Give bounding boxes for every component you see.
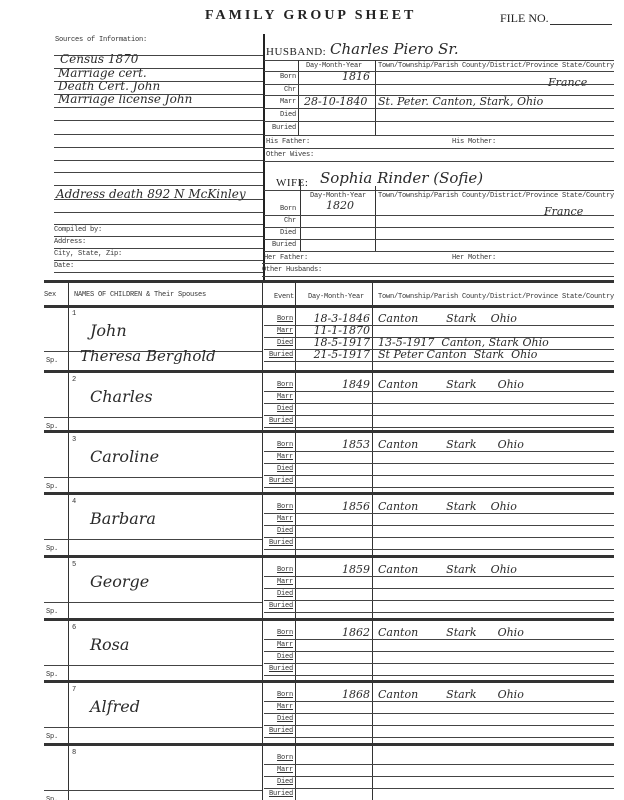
child-number: 7 — [72, 686, 76, 694]
child-event-label: Buried — [264, 727, 293, 735]
wife-born-place: France — [544, 205, 583, 218]
other-wives-label: Other Wives: — [266, 151, 314, 159]
child-event-date: 1862 — [298, 626, 370, 639]
child-event-label: Died — [264, 405, 293, 413]
spouse-label: Sp. — [46, 483, 58, 491]
husband-place-header: Town/Township/Parish County/District/Pro… — [378, 62, 614, 70]
husband-marr-label: Marr — [266, 98, 296, 106]
child-event-label: Marr — [264, 578, 293, 586]
sex-header: Sex — [44, 291, 56, 299]
child-number: 6 — [72, 624, 76, 632]
child-event-label: Died — [264, 465, 293, 473]
child-event-label: Born — [264, 691, 293, 699]
child-event-date: 1868 — [298, 688, 370, 701]
husband-marr-date: 28-10-1840 — [304, 95, 367, 108]
child-event-place: Canton Stark Ohio — [378, 688, 524, 701]
husband-marr-place: St. Peter. Canton, Stark, Ohio — [378, 95, 543, 108]
husband-died-label: Died — [266, 111, 296, 119]
husband-born-date: 1816 — [300, 70, 370, 83]
wife-born-date: 1820 — [326, 199, 354, 212]
compiled-by-label: Compiled by: — [54, 226, 102, 234]
child-event-label: Died — [264, 527, 293, 535]
child-event-date: 21-5-1917 — [298, 348, 370, 361]
child-event-label: Marr — [264, 703, 293, 711]
child-event-label: Born — [264, 315, 293, 323]
wife-label: WIFE: — [276, 177, 308, 189]
child-number: 3 — [72, 436, 76, 444]
husband-born-label: Born — [266, 73, 296, 81]
child-event-date: 1849 — [298, 378, 370, 391]
spouse-label: Sp. — [46, 357, 58, 365]
child-number: 1 — [72, 310, 76, 318]
child-event-label: Died — [264, 339, 293, 347]
file-no-field[interactable] — [550, 24, 612, 25]
child-event-label: Buried — [264, 417, 293, 425]
child-event-label: Buried — [264, 351, 293, 359]
sources-label: Sources of Information: — [55, 36, 147, 44]
child-event-label: Buried — [264, 790, 293, 798]
wife-place-header: Town/Township/Parish County/District/Pro… — [378, 192, 614, 200]
child-event-label: Marr — [264, 766, 293, 774]
child-event-label: Marr — [264, 641, 293, 649]
child-event-label: Marr — [264, 515, 293, 523]
child-event-label: Marr — [264, 327, 293, 335]
wife-chr-label: Chr — [266, 217, 296, 225]
children-date-header: Day-Month-Year — [308, 293, 364, 301]
file-no-label: FILE NO. — [500, 11, 549, 26]
child-event-label: Born — [264, 441, 293, 449]
spouse-label: Sp. — [46, 733, 58, 741]
wife-name: Sophia Rinder (Sofie) — [320, 169, 483, 187]
child-number: 4 — [72, 498, 76, 506]
child-event-date: 1859 — [298, 563, 370, 576]
child-number: 8 — [72, 749, 76, 757]
spouse-label: Sp. — [46, 671, 58, 679]
husband-born-place: France — [548, 76, 587, 89]
husband-chr-label: Chr — [266, 86, 296, 94]
child-event-label: Born — [264, 754, 293, 762]
child-event-label: Marr — [264, 453, 293, 461]
child-number: 5 — [72, 561, 76, 569]
date-label: Date: — [54, 262, 74, 270]
children-names-header: NAMES OF CHILDREN & Their Spouses — [74, 291, 206, 299]
child-event-place: St Peter Canton Stark Ohio — [378, 348, 537, 361]
child-name: Rosa — [90, 635, 129, 654]
child-event-label: Buried — [264, 665, 293, 673]
children-place-header: Town/Township/Parish County/District/Pro… — [378, 293, 614, 301]
husband-buried-label: Buried — [266, 124, 296, 132]
husband-name: Charles Piero Sr. — [330, 40, 459, 58]
child-event-label: Born — [264, 381, 293, 389]
child-name: John — [90, 321, 127, 340]
his-mother-label: His Mother: — [452, 138, 496, 146]
her-mother-label: Her Mother: — [452, 254, 496, 262]
child-event-label: Died — [264, 715, 293, 723]
child-name: George — [90, 572, 149, 591]
wife-born-label: Born — [266, 205, 296, 213]
child-event-label: Died — [264, 653, 293, 661]
other-husbands-label: Other Husbands: — [262, 266, 322, 274]
husband-date-header: Day-Month-Year — [306, 62, 362, 70]
child-event-label: Born — [264, 503, 293, 511]
city-state-zip-label: City, State, Zip: — [54, 250, 122, 258]
child-event-place: Canton Stark Ohio — [378, 563, 517, 576]
spouse-label: Sp. — [46, 608, 58, 616]
child-event-place: Canton Stark Ohio — [378, 378, 524, 391]
spouse-label: Sp. — [46, 545, 58, 553]
event-header: Event — [274, 293, 294, 301]
child-event-label: Died — [264, 778, 293, 786]
child-name: Caroline — [90, 447, 159, 466]
child-number: 2 — [72, 376, 76, 384]
spouse-label: Sp. — [46, 796, 58, 800]
sheet-title: FAMILY GROUP SHEET — [205, 8, 416, 24]
child-event-label: Buried — [264, 539, 293, 547]
wife-buried-label: Buried — [266, 241, 296, 249]
his-father-label: His Father: — [266, 138, 310, 146]
child-name: Barbara — [90, 509, 156, 528]
address-label: Address: — [54, 238, 86, 246]
child-event-label: Buried — [264, 477, 293, 485]
child-event-place: Canton Stark Ohio — [378, 626, 524, 639]
child-name: Charles — [90, 387, 153, 406]
child-spouse-name: Theresa Berghold — [80, 347, 216, 365]
child-event-label: Died — [264, 590, 293, 598]
child-event-label: Born — [264, 566, 293, 574]
child-event-date: 1853 — [298, 438, 370, 451]
child-event-place: Canton Stark Ohio — [378, 312, 517, 325]
her-father-label: Her Father: — [264, 254, 308, 262]
child-event-label: Born — [264, 629, 293, 637]
child-event-date: 1856 — [298, 500, 370, 513]
child-event-place: Canton Stark Ohio — [378, 438, 524, 451]
child-event-label: Marr — [264, 393, 293, 401]
wife-died-label: Died — [266, 229, 296, 237]
child-event-place: Canton Stark Ohio — [378, 500, 517, 513]
husband-label: HUSBAND: — [266, 46, 326, 58]
child-name: Alfred — [90, 697, 140, 716]
child-event-label: Buried — [264, 602, 293, 610]
